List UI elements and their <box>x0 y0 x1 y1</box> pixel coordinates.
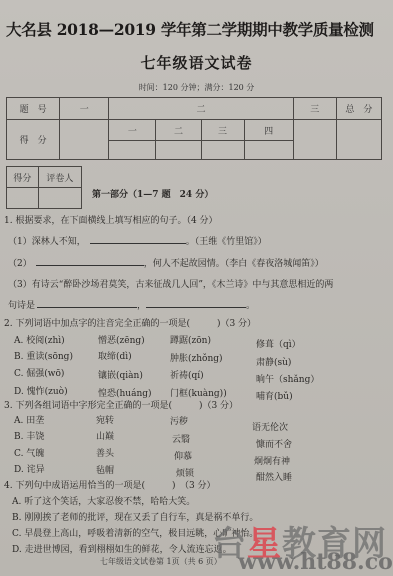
score-table: 题 号 一 二 三 总 分 得 分 一 二 三 四 <box>6 97 382 160</box>
q1-s3-line1: （3）有诗云“醉卧沙场君莫笑，古来征战几人回”，《木兰诗》中与其意思相近的两 <box>8 277 333 290</box>
q3-b-2: 山巅 <box>96 429 114 442</box>
q3-c-3: 仰慕 <box>174 449 192 462</box>
q2-a-4: 修葺（qì） <box>256 337 301 350</box>
q2-b-1: B. 重读(sōng) <box>14 349 73 362</box>
q1-s3-end: 。 <box>246 301 255 311</box>
score-cell-sub-1[interactable] <box>109 141 156 160</box>
q2-d-4: 哺育(bǔ) <box>256 389 293 402</box>
q2-c-1: C. 倔强(wō) <box>14 366 64 379</box>
q4-stem: 4. 下列句中成语运用恰当的一项是( ) （3 分） <box>4 478 216 491</box>
grader-score-cell[interactable] <box>7 188 39 209</box>
q1-s3-label: 句诗是 <box>8 301 35 311</box>
q1-stem: 1. 根据要求，在下面横线上填写相应的句子。（4 分） <box>4 213 218 226</box>
q1-s1-suffix: 。（王维《竹里馆》） <box>186 237 267 247</box>
watermark-url: www.ht88.com <box>238 549 393 575</box>
q3-b-3: 云翳 <box>172 432 190 445</box>
q1-s3-comma: ， <box>137 301 146 311</box>
exam-subtitle: 七年级语文试卷 <box>0 52 393 73</box>
q3-a-4: 语无伦次 <box>252 420 288 433</box>
col-part-3: 三 <box>293 98 336 120</box>
q3-c-2: 善头 <box>96 446 114 459</box>
score-cell-sub-4[interactable] <box>244 141 293 160</box>
q1-s2-suffix: ，何人不起故园情。（李白《春夜洛城闻笛》） <box>144 259 324 269</box>
grader-name-label: 评卷人 <box>38 167 81 188</box>
q1-s1: （1）深林人不知，。（王维《竹里馆》） <box>8 234 267 247</box>
q1-s2: （2），何人不起故园情。（李白《春夜洛城闻笛》） <box>8 256 324 269</box>
part-heading: 第一部分（1—7 题 24 分） <box>92 187 213 200</box>
grader-score-label: 得分 <box>7 167 39 188</box>
q2-b-2: 取缔(dì) <box>98 349 132 362</box>
q3-stem: 3. 下列各组词语中字形完全正确的一项是( )（3 分） <box>4 398 238 411</box>
q1-s1-prefix: （1）深林人不知， <box>8 237 86 247</box>
sub-col-4: 四 <box>244 120 293 141</box>
label-score: 得 分 <box>7 120 60 160</box>
score-cell-part-1[interactable] <box>60 120 109 160</box>
q3-b-1: B. 丰饶 <box>14 429 44 442</box>
col-total: 总 分 <box>336 98 381 120</box>
exam-page: 大名县 2018—2019 学年第二学期期中教学质量检测 七年级语文试卷 时间：… <box>0 0 393 576</box>
q2-a-1: A. 校阅(zhì) <box>14 333 65 346</box>
q2-stem: 2. 下列词语中加点字的注音完全正确的一项是( )（3 分） <box>4 316 256 329</box>
q1-s3-blank-2[interactable] <box>146 299 246 308</box>
q3-a-3: 污秽 <box>170 414 188 427</box>
q1-s1-blank[interactable] <box>90 235 186 244</box>
score-cell-sub-2[interactable] <box>156 141 201 160</box>
q2-c-3: 祈祷(qí) <box>170 368 204 381</box>
sub-col-3: 三 <box>201 120 244 141</box>
score-cell-total[interactable] <box>336 120 381 160</box>
q3-c-4: 炯炯有神 <box>254 454 290 467</box>
score-cell-sub-3[interactable] <box>201 141 244 160</box>
page-footer: 七年级语文试卷第 1页（共 6 页） <box>100 556 222 567</box>
q1-s2-prefix: （2） <box>8 259 32 269</box>
q3-d-2: 毡帽 <box>96 463 114 476</box>
col-part-2: 二 <box>109 98 293 120</box>
q3-c-1: C. 气魄 <box>14 446 44 459</box>
q3-b-4: 慷而不舍 <box>256 437 292 450</box>
q2-b-4: 肃静(sù) <box>256 355 291 368</box>
q3-d-4: 酣然入睡 <box>256 470 292 483</box>
q3-d-1: D. 诧异 <box>14 462 45 475</box>
q1-s3-blank-1[interactable] <box>37 299 137 308</box>
q2-a-2: 憎恶(zēng) <box>98 333 145 346</box>
q1-s2-blank[interactable] <box>36 257 144 266</box>
q4-option-d[interactable]: D. 走进世博园，看到栩栩如生的鲜花，令人流连忘返。 <box>12 542 232 555</box>
sub-col-2: 二 <box>156 120 201 141</box>
sub-col-1: 一 <box>109 120 156 141</box>
q2-d-1: D. 愧怍(zuò) <box>14 384 68 397</box>
q1-s3-line2: 句诗是，。 <box>8 298 255 311</box>
q3-a-1: A. 田垄 <box>14 413 44 426</box>
grader-table: 得分 评卷人 <box>6 166 82 209</box>
q4-option-a[interactable]: A. 听了这个笑话，大家忍俊不禁，哈哈大笑。 <box>12 494 195 507</box>
q2-b-3: 肿胀(zhǒng) <box>170 351 223 364</box>
exam-meta: 时间：120 分钟；满分：120 分 <box>0 82 393 93</box>
q2-a-3: 蹲踞(zōn) <box>170 333 211 346</box>
q3-a-2: 宛转 <box>96 413 114 426</box>
q2-c-2: 镶嵌(qiàn) <box>98 368 143 381</box>
exam-title: 大名县 2018—2019 学年第二学期期中教学质量检测 <box>6 18 391 40</box>
score-cell-part-3[interactable] <box>293 120 336 160</box>
col-part-1: 一 <box>60 98 109 120</box>
grader-name-cell[interactable] <box>38 188 81 209</box>
q2-c-4: 晌午（shǎng） <box>256 372 319 385</box>
label-question-number: 题 号 <box>7 98 60 120</box>
